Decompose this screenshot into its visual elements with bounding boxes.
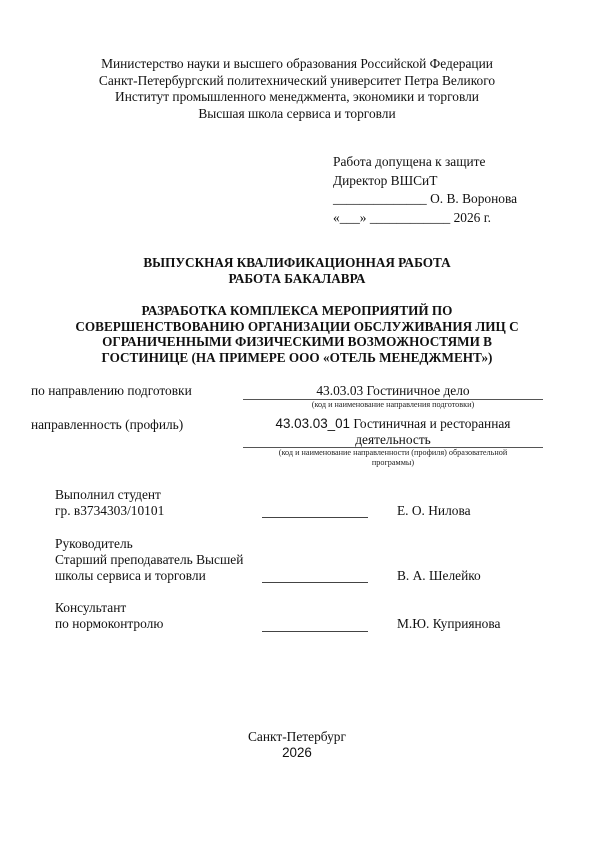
supervisor-position: школы сервиса и торговли <box>55 568 243 584</box>
supervisor-role: Руководитель <box>55 536 243 552</box>
supervisor-name: В. А. Шелейко <box>397 568 481 584</box>
thesis-title-line: ГОСТИНИЦЕ (НА ПРИМЕРЕ ООО «ОТЕЛЬ МЕНЕДЖМ… <box>0 350 594 366</box>
thesis-title-line: РАЗРАБОТКА КОМПЛЕКСА МЕРОПРИЯТИЙ ПО <box>0 303 594 319</box>
consultant-area: по нормоконтролю <box>55 616 163 632</box>
ministry-line: Министерство науки и высшего образования… <box>0 56 594 73</box>
profile-name-part2: деятельность <box>243 432 543 448</box>
consultant-signature-line <box>262 631 368 632</box>
profile-caption: (код и наименование направленности (проф… <box>243 448 543 468</box>
supervisor-position: Старший преподаватель Высшей <box>55 552 243 568</box>
signature-blank: ______________ <box>333 191 427 206</box>
thesis-title-line: СОВЕРШЕНСТВОВАНИЮ ОРГАНИЗАЦИИ ОБСЛУЖИВАН… <box>0 319 594 335</box>
approval-director-signature: ______________ О. В. Воронова <box>333 190 517 209</box>
approval-director-title: Директор ВШСиТ <box>333 172 517 191</box>
profile-label: направленность (профиль) <box>31 417 183 433</box>
student-role: Выполнил студент <box>55 487 164 503</box>
date-open-quote: « <box>333 210 340 225</box>
profile-code: 43.03.03_01 <box>276 416 350 431</box>
approval-block: Работа допущена к защите Директор ВШСиТ … <box>333 153 517 227</box>
consultant-block: Консультант по нормоконтролю <box>55 600 163 632</box>
thesis-title-line: ОГРАНИЧЕННЫМИ ФИЗИЧЕСКИМИ ВОЗМОЖНОСТЯМИ … <box>0 334 594 350</box>
footer-year: 2026 <box>0 745 594 761</box>
direction-caption: (код и наименование направления подготов… <box>243 400 543 410</box>
consultant-role: Консультант <box>55 600 163 616</box>
date-day-blank: ___ <box>340 210 360 225</box>
approval-date: «___» ____________ 2026 г. <box>333 209 517 228</box>
school-line: Высшая школа сервиса и торговли <box>0 106 594 123</box>
direction-label: по направлению подготовки <box>31 383 192 399</box>
date-year: 2026 г. <box>454 210 491 225</box>
student-signature-line <box>262 517 368 518</box>
profile-value: 43.03.03_01 Гостиничная и ресторанная де… <box>243 416 543 448</box>
profile-caption-line: программы) <box>243 458 543 468</box>
student-block: Выполнил студент гр. в3734303/10101 <box>55 487 164 519</box>
institute-line: Институт промышленного менеджмента, экон… <box>0 89 594 106</box>
supervisor-block: Руководитель Старший преподаватель Высше… <box>55 536 243 584</box>
thesis-title: РАЗРАБОТКА КОМПЛЕКСА МЕРОПРИЯТИЙ ПО СОВЕ… <box>0 303 594 365</box>
profile-name-part1: Гостиничная и ресторанная <box>350 416 510 431</box>
supervisor-signature-line <box>262 582 368 583</box>
date-close-quote: » <box>360 210 367 225</box>
director-name: О. В. Воронова <box>430 191 517 206</box>
footer-city: Санкт-Петербург <box>0 729 594 745</box>
date-month-blank: ____________ <box>370 210 450 225</box>
profile-caption-line: (код и наименование направленности (проф… <box>243 448 543 458</box>
approval-admitted: Работа допущена к защите <box>333 153 517 172</box>
institution-header: Министерство науки и высшего образования… <box>0 56 594 122</box>
footer: Санкт-Петербург 2026 <box>0 729 594 761</box>
work-type-titles: ВЫПУСКНАЯ КВАЛИФИКАЦИОННАЯ РАБОТА РАБОТА… <box>0 255 594 286</box>
work-type: ВЫПУСКНАЯ КВАЛИФИКАЦИОННАЯ РАБОТА <box>0 255 594 271</box>
direction-value: 43.03.03 Гостиничное дело <box>243 383 543 399</box>
degree-type: РАБОТА БАКАЛАВРА <box>0 271 594 287</box>
consultant-name: М.Ю. Куприянова <box>397 616 500 632</box>
university-line: Санкт-Петербургский политехнический унив… <box>0 73 594 90</box>
student-group: гр. в3734303/10101 <box>55 503 164 519</box>
student-name: Е. О. Нилова <box>397 503 471 519</box>
